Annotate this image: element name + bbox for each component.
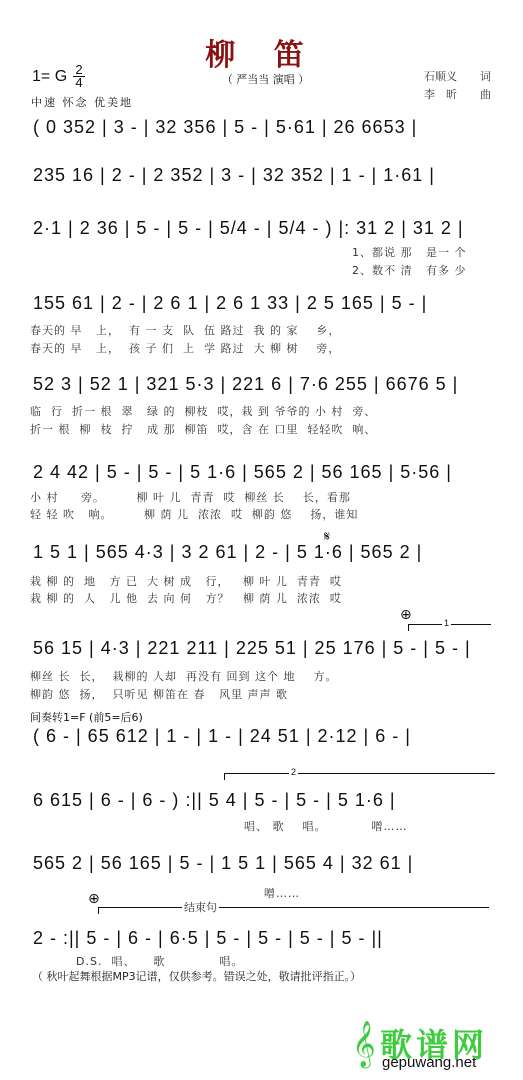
lyrics-verse-2: 春天的 早 上， 孩 子 们 上 学 路过 大 柳 树 旁， — [30, 340, 340, 356]
volta-1-label: 1 — [442, 618, 451, 628]
score-line-8: 56 15 | 4·3 | 221 211 | 225 51 | 25 176 … — [0, 638, 523, 662]
notes: 1 5 1 | 565 4·3 | 3 2 61 | 2 - | 5 1·6 |… — [33, 542, 495, 563]
score-line-7: 1 5 1 | 565 4·3 | 3 2 61 | 2 - | 5 1·6 |… — [0, 542, 523, 566]
coda-icon: ⊕ — [400, 606, 412, 623]
notes: 155 61 | 2 - | 2 6 1 | 2 6 1 33 | 2 5 16… — [33, 293, 495, 314]
volta-2-bracket — [224, 773, 495, 780]
notes: 52 3 | 52 1 | 321 5·3 | 221 6 | 7·6 255 … — [33, 374, 495, 395]
score-line-4: 155 61 | 2 - | 2 6 1 | 2 6 1 33 | 2 5 16… — [0, 293, 523, 317]
score-line-1: ( 0 352 | 3 - | 32 356 | 5 - | 5·61 | 26… — [0, 117, 523, 141]
lyrics-verse-2: 柳韵 悠 扬， 只听见 柳笛在 春 风里 声声 歌 — [30, 686, 288, 702]
interlude-modulation-label: 间奏转1=F (前5=后6) — [30, 709, 143, 725]
treble-clef-icon: 𝄞 — [352, 1022, 376, 1067]
notes: 2 - :|| 5 - | 6 - | 6·5 | 5 - | 5 - | 5 … — [33, 928, 495, 949]
lyrics-verse-2: 轻 轻 吹 响。 柳 荫 儿 浓浓 哎 柳韵 悠 扬，谁知 — [30, 506, 358, 522]
lyricist-name: 石顺义 — [424, 70, 457, 83]
transcriber-note: （ 秋叶起舞根据MP3记谱，仅供参考。错误之处，敬请批评指正。） — [32, 968, 361, 984]
notes: 2·1 | 2 36 | 5 - | 5 - | 5/4 - | 5/4 - )… — [33, 218, 495, 239]
score-line-2: 235 16 | 2 - | 2 352 | 3 - | 32 352 | 1 … — [0, 165, 523, 189]
ending-label: 结束句 — [182, 899, 219, 915]
composer-credit: 李 昕 曲 — [424, 86, 457, 102]
volta-2-label: 2 — [289, 767, 298, 777]
lyrics-verse-1: 春天的 早 上， 有 一 支 队 伍 路过 我 的 家 乡， — [30, 322, 340, 338]
composer-name: 李 昕 — [424, 88, 457, 101]
score-line-9: ( 6 - | 65 612 | 1 - | 1 - | 24 51 | 2·1… — [0, 726, 523, 750]
lyrics-verse-1: 柳丝 长 长， 栽柳的 人却 再没有 回到 这个 地 方。 — [30, 668, 337, 684]
lyrics-verse-1: 小 村 旁。 柳 叶 儿 青青 哎 柳丝 长 长，看那 — [30, 489, 351, 505]
notes: 565 2 | 56 165 | 5 - | 1 5 1 | 565 4 | 3… — [33, 853, 495, 874]
lyrics-verse-2: 2、数不 清 有多 少 — [352, 262, 466, 278]
lyrics-line: 噌…… — [264, 885, 300, 901]
lyricist-credit: 石顺义 词 — [424, 68, 457, 84]
notes: 56 15 | 4·3 | 221 211 | 225 51 | 25 176 … — [33, 638, 495, 659]
score-line-6: 2 4 42 | 5 - | 5 - | 5 1·6 | 565 2 | 56 … — [0, 462, 523, 486]
lyrics-verse-2: 栽 柳 的 人 儿 他 去 向 何 方？ 柳 荫 儿 浓浓 哎 — [30, 590, 342, 606]
coda-ending-bracket — [98, 907, 489, 914]
lyrics-verse-2: 折一 根 柳 枝 拧 成 那 柳笛 哎，含 在 口里 轻轻吹 响、 — [30, 421, 376, 437]
notes: 2 4 42 | 5 - | 5 - | 5 1·6 | 565 2 | 56 … — [33, 462, 495, 483]
tempo-marking: 中速 怀念 优美地 — [31, 94, 133, 110]
score-line-11: 565 2 | 56 165 | 5 - | 1 5 1 | 565 4 | 3… — [0, 853, 523, 877]
lyrics-line: D.S. 唱、 歌 唱。 — [76, 953, 243, 969]
logo-domain-text: gepuwang.net — [382, 1054, 476, 1071]
lyrics-line: 唱、 歌 唱。 噌…… — [244, 818, 407, 834]
lyricist-role: 词 — [480, 68, 491, 84]
lyrics-verse-1: 1、都说 那 是一 个 — [352, 244, 466, 260]
score-line-3: 2·1 | 2 36 | 5 - | 5 - | 5/4 - | 5/4 - )… — [0, 218, 523, 242]
composer-role: 曲 — [480, 86, 491, 102]
lyrics-verse-1: 临 行 折一 根 翠 绿 的 柳枝 哎，栽 到 爷爷的 小 村 旁、 — [30, 403, 376, 419]
notes: ( 0 352 | 3 - | 32 356 | 5 - | 5·61 | 26… — [33, 117, 495, 138]
lyrics-verse-1: 栽 柳 的 地 方 已 大 树 成 行， 柳 叶 儿 青青 哎 — [30, 573, 342, 589]
gepuwang-logo[interactable]: 𝄞 歌谱网 gepuwang.net — [352, 1020, 502, 1080]
notes: 235 16 | 2 - | 2 352 | 3 - | 32 352 | 1 … — [33, 165, 495, 186]
notes: 6 615 | 6 - | 6 - ) :|| 5 4 | 5 - | 5 - … — [33, 790, 495, 811]
coda-icon: ⊕ — [88, 890, 100, 907]
notes: ( 6 - | 65 612 | 1 - | 1 - | 24 51 | 2·1… — [33, 726, 495, 747]
score-line-10: 6 615 | 6 - | 6 - ) :|| 5 4 | 5 - | 5 - … — [0, 790, 523, 814]
score-line-5: 52 3 | 52 1 | 321 5·3 | 221 6 | 7·6 255 … — [0, 374, 523, 398]
score-line-12: 2 - :|| 5 - | 6 - | 6·5 | 5 - | 5 - | 5 … — [0, 928, 523, 952]
